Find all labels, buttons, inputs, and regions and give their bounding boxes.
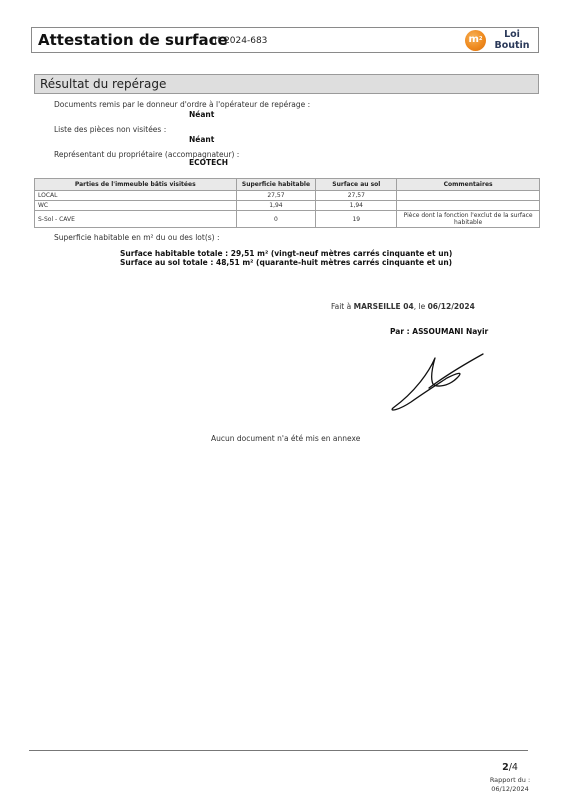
- report-date: 06/12/2024: [470, 785, 550, 794]
- table-header-row: Parties de l'immeuble bâtis visitées Sup…: [35, 179, 540, 191]
- logo-text: Loi Boutin: [490, 29, 534, 51]
- section-title: Résultat du repérage: [40, 77, 166, 91]
- annex-note: Aucun document n'a été mis en annexe: [211, 434, 360, 443]
- page-total: /4: [509, 762, 518, 773]
- logo-line2: Boutin: [490, 40, 534, 51]
- page-number: 2/4: [470, 762, 550, 773]
- surface-table: Parties de l'immeuble bâtis visitées Sup…: [34, 178, 540, 228]
- document-title: Attestation de surface: [38, 31, 228, 49]
- fait-a-line: Fait à MARSEILLE 04, le 06/12/2024: [331, 302, 475, 311]
- cell-comment: Pièce dont la fonction l'exclut de la su…: [397, 211, 540, 228]
- signature-image: [385, 352, 485, 414]
- column-header-comment: Commentaires: [397, 179, 540, 191]
- cell-sol: 1,94: [316, 201, 397, 211]
- info-value-representant: ECOTECH: [189, 158, 228, 167]
- cell-sol: 19: [316, 211, 397, 228]
- page-current: 2: [502, 762, 509, 773]
- document-number: n° 2024-683: [211, 36, 267, 46]
- logo-superscript: 2: [479, 36, 482, 42]
- table-row: S-Sol - CAVE 0 19 Pièce dont la fonction…: [35, 211, 540, 228]
- logo-glyph: m: [469, 34, 479, 45]
- m2-logo-icon: m2: [465, 30, 486, 51]
- section-header: Résultat du repérage: [34, 74, 539, 94]
- report-date-block: Rapport du : 06/12/2024: [470, 776, 550, 794]
- cell-part: LOCAL: [35, 191, 237, 201]
- summary-label: Superficie habitable en m² du ou des lot…: [54, 233, 220, 242]
- table-row: WC 1,94 1,94: [35, 201, 540, 211]
- cell-comment: [397, 201, 540, 211]
- cell-comment: [397, 191, 540, 201]
- report-date-label: Rapport du :: [470, 776, 550, 785]
- column-header-sol: Surface au sol: [316, 179, 397, 191]
- footer-divider: [29, 750, 528, 751]
- table-row: LOCAL 27,57 27,57: [35, 191, 540, 201]
- info-label-pieces: Liste des pièces non visitées :: [54, 125, 166, 134]
- cell-sol: 27,57: [316, 191, 397, 201]
- fait-prefix: Fait à: [331, 302, 354, 311]
- info-value-pieces: Néant: [189, 135, 214, 144]
- fait-le: , le: [414, 302, 428, 311]
- info-label-documents: Documents remis par le donneur d'ordre à…: [54, 100, 310, 109]
- signature-city: MARSEILLE 04: [354, 302, 414, 311]
- column-header-habitable: Superficie habitable: [236, 179, 316, 191]
- summary-sol-total: Surface au sol totale : 48,51 m² (quaran…: [120, 258, 452, 267]
- signatory: Par : ASSOUMANI Nayir: [390, 327, 488, 336]
- cell-habitable: 0: [236, 211, 316, 228]
- logo-line1: Loi: [490, 29, 534, 40]
- summary-habitable-total: Surface habitable totale : 29,51 m² (vin…: [120, 249, 452, 258]
- cell-habitable: 1,94: [236, 201, 316, 211]
- cell-part: WC: [35, 201, 237, 211]
- signature-date: 06/12/2024: [428, 302, 475, 311]
- column-header-part: Parties de l'immeuble bâtis visitées: [35, 179, 237, 191]
- document-header: Attestation de surface n° 2024-683 m2 Lo…: [31, 27, 539, 53]
- info-value-documents: Néant: [189, 110, 214, 119]
- cell-habitable: 27,57: [236, 191, 316, 201]
- cell-part: S-Sol - CAVE: [35, 211, 237, 228]
